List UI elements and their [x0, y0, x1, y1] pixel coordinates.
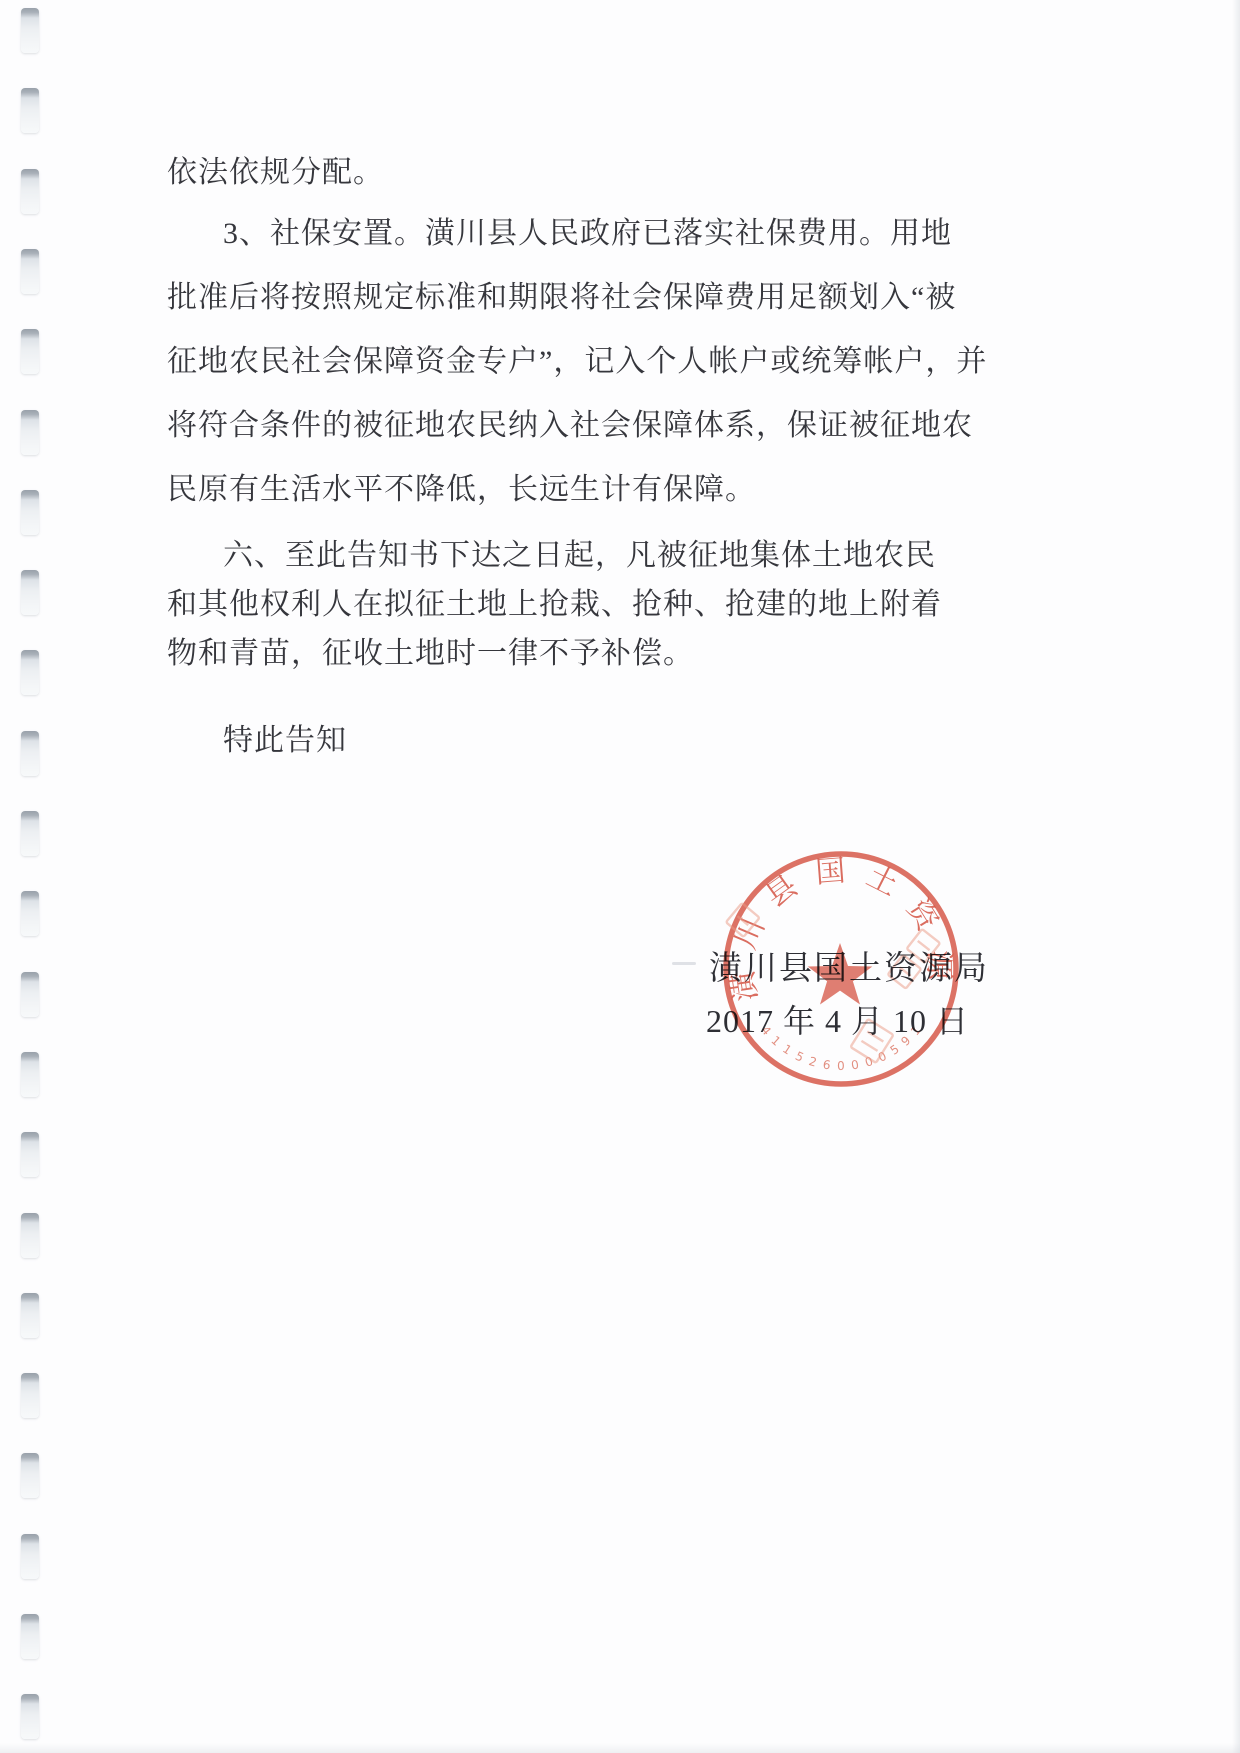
paragraph: 3、社保安置。潢川县人民政府已落实社保费用。用地批准后将按照规定标准和期限将社会…: [167, 219, 967, 539]
text-line: 征地农民社会保障资金专户”，记入个人帐户或统筹帐户，并: [167, 347, 967, 411]
text-line: 和其他权利人在拟征土地上抢栽、抢种、抢建的地上附着: [167, 590, 967, 639]
binding-hole: [21, 811, 39, 856]
binding-hole: [21, 650, 39, 695]
binding-hole: [21, 1213, 39, 1258]
binding-hole: [21, 972, 39, 1017]
text-line: 批准后将按照规定标准和期限将社会保障费用足额划入“被: [167, 283, 967, 347]
text-line: 将符合条件的被征地农民纳入社会保障体系，保证被征地农: [167, 411, 967, 475]
binding-hole: [21, 1534, 39, 1579]
scanned-notice-page: 依法依规分配。3、社保安置。潢川县人民政府已落实社保费用。用地批准后将按照规定标…: [0, 0, 1240, 1753]
binding-hole: [21, 1373, 39, 1418]
binding-hole: [21, 410, 39, 455]
binding-holes: [0, 0, 60, 1753]
paragraph: 六、至此告知书下达之日起，凡被征地集体土地农民和其他权利人在拟征土地上抢栽、抢种…: [167, 541, 967, 688]
binding-hole: [21, 88, 39, 133]
binding-hole: [21, 8, 39, 53]
text-line: 物和青苗，征收土地时一律不予补偿。: [167, 639, 967, 688]
paragraph: 依法依规分配。: [167, 158, 967, 188]
binding-hole: [21, 891, 39, 936]
official-seal-stamp: 潢川县国土资源局 4115260000591: [716, 845, 966, 1095]
text-line: 六、至此告知书下达之日起，凡被征地集体土地农民: [167, 541, 967, 590]
text-line: 3、社保安置。潢川县人民政府已落实社保费用。用地: [167, 219, 967, 283]
binding-hole: [21, 1132, 39, 1177]
paragraph: 特此告知: [167, 726, 967, 756]
binding-hole: [21, 731, 39, 776]
binding-hole: [21, 570, 39, 615]
binding-hole: [21, 1293, 39, 1338]
binding-hole: [21, 1614, 39, 1659]
binding-hole: [21, 1052, 39, 1097]
binding-hole: [21, 1694, 39, 1739]
scan-artifact-dash: [672, 962, 696, 965]
binding-hole: [21, 249, 39, 294]
text-line: 民原有生活水平不降低，长远生计有保障。: [167, 475, 967, 539]
seal-star-icon: [808, 943, 873, 1005]
text-line: 依法依规分配。: [167, 158, 967, 188]
binding-hole: [21, 490, 39, 535]
text-line: 特此告知: [167, 726, 967, 756]
binding-hole: [21, 329, 39, 374]
binding-hole: [21, 169, 39, 214]
binding-hole: [21, 1453, 39, 1498]
